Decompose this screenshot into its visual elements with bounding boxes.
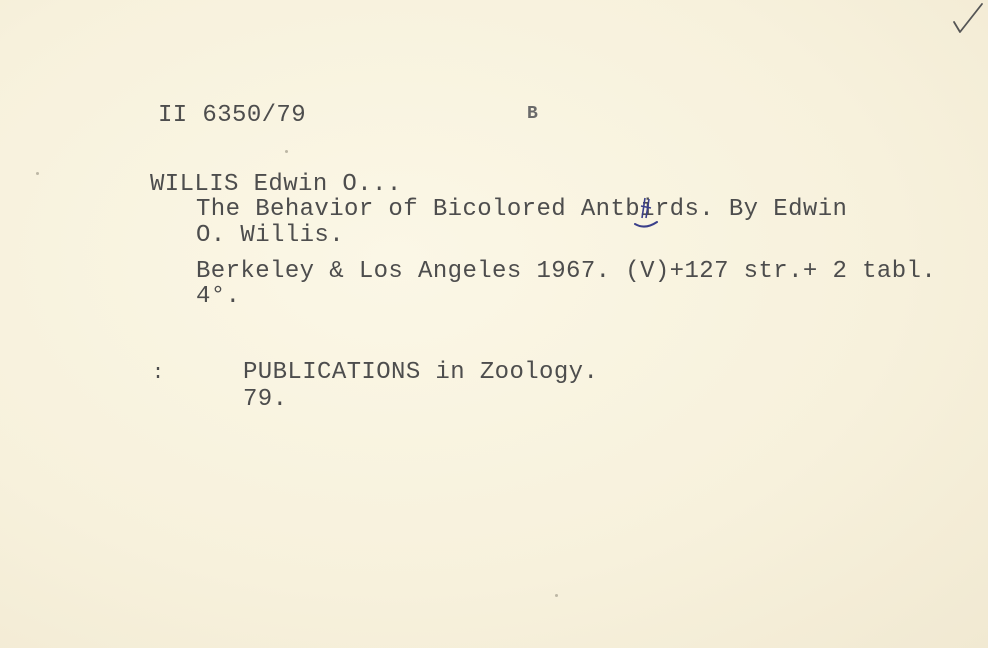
imprint-line-1: Berkeley & Los Angeles 1967. (V)+127 str… bbox=[196, 258, 936, 285]
paper-speck bbox=[285, 150, 288, 153]
series-line-2: 79. bbox=[243, 386, 287, 413]
imprint-line-2: 4°. bbox=[196, 283, 240, 310]
series-line-1: PUBLICATIONS in Zoology. bbox=[243, 359, 598, 386]
title-line-2: O. Willis. bbox=[196, 222, 344, 249]
author-heading: WILLIS Edwin O... bbox=[150, 171, 402, 198]
title-line-1: The Behavior of Bicolored Antbirds. By E… bbox=[196, 196, 847, 223]
category-letter: B bbox=[527, 104, 538, 124]
series-marker: : bbox=[152, 362, 164, 385]
checkmark-icon bbox=[948, 2, 984, 36]
catalog-card: II 6350/79 B WILLIS Edwin O... The Behav… bbox=[0, 0, 988, 648]
paper-speck bbox=[555, 594, 558, 597]
call-number: II 6350/79 bbox=[158, 102, 306, 129]
pen-correction-mark bbox=[632, 196, 662, 232]
paper-speck bbox=[36, 172, 39, 175]
